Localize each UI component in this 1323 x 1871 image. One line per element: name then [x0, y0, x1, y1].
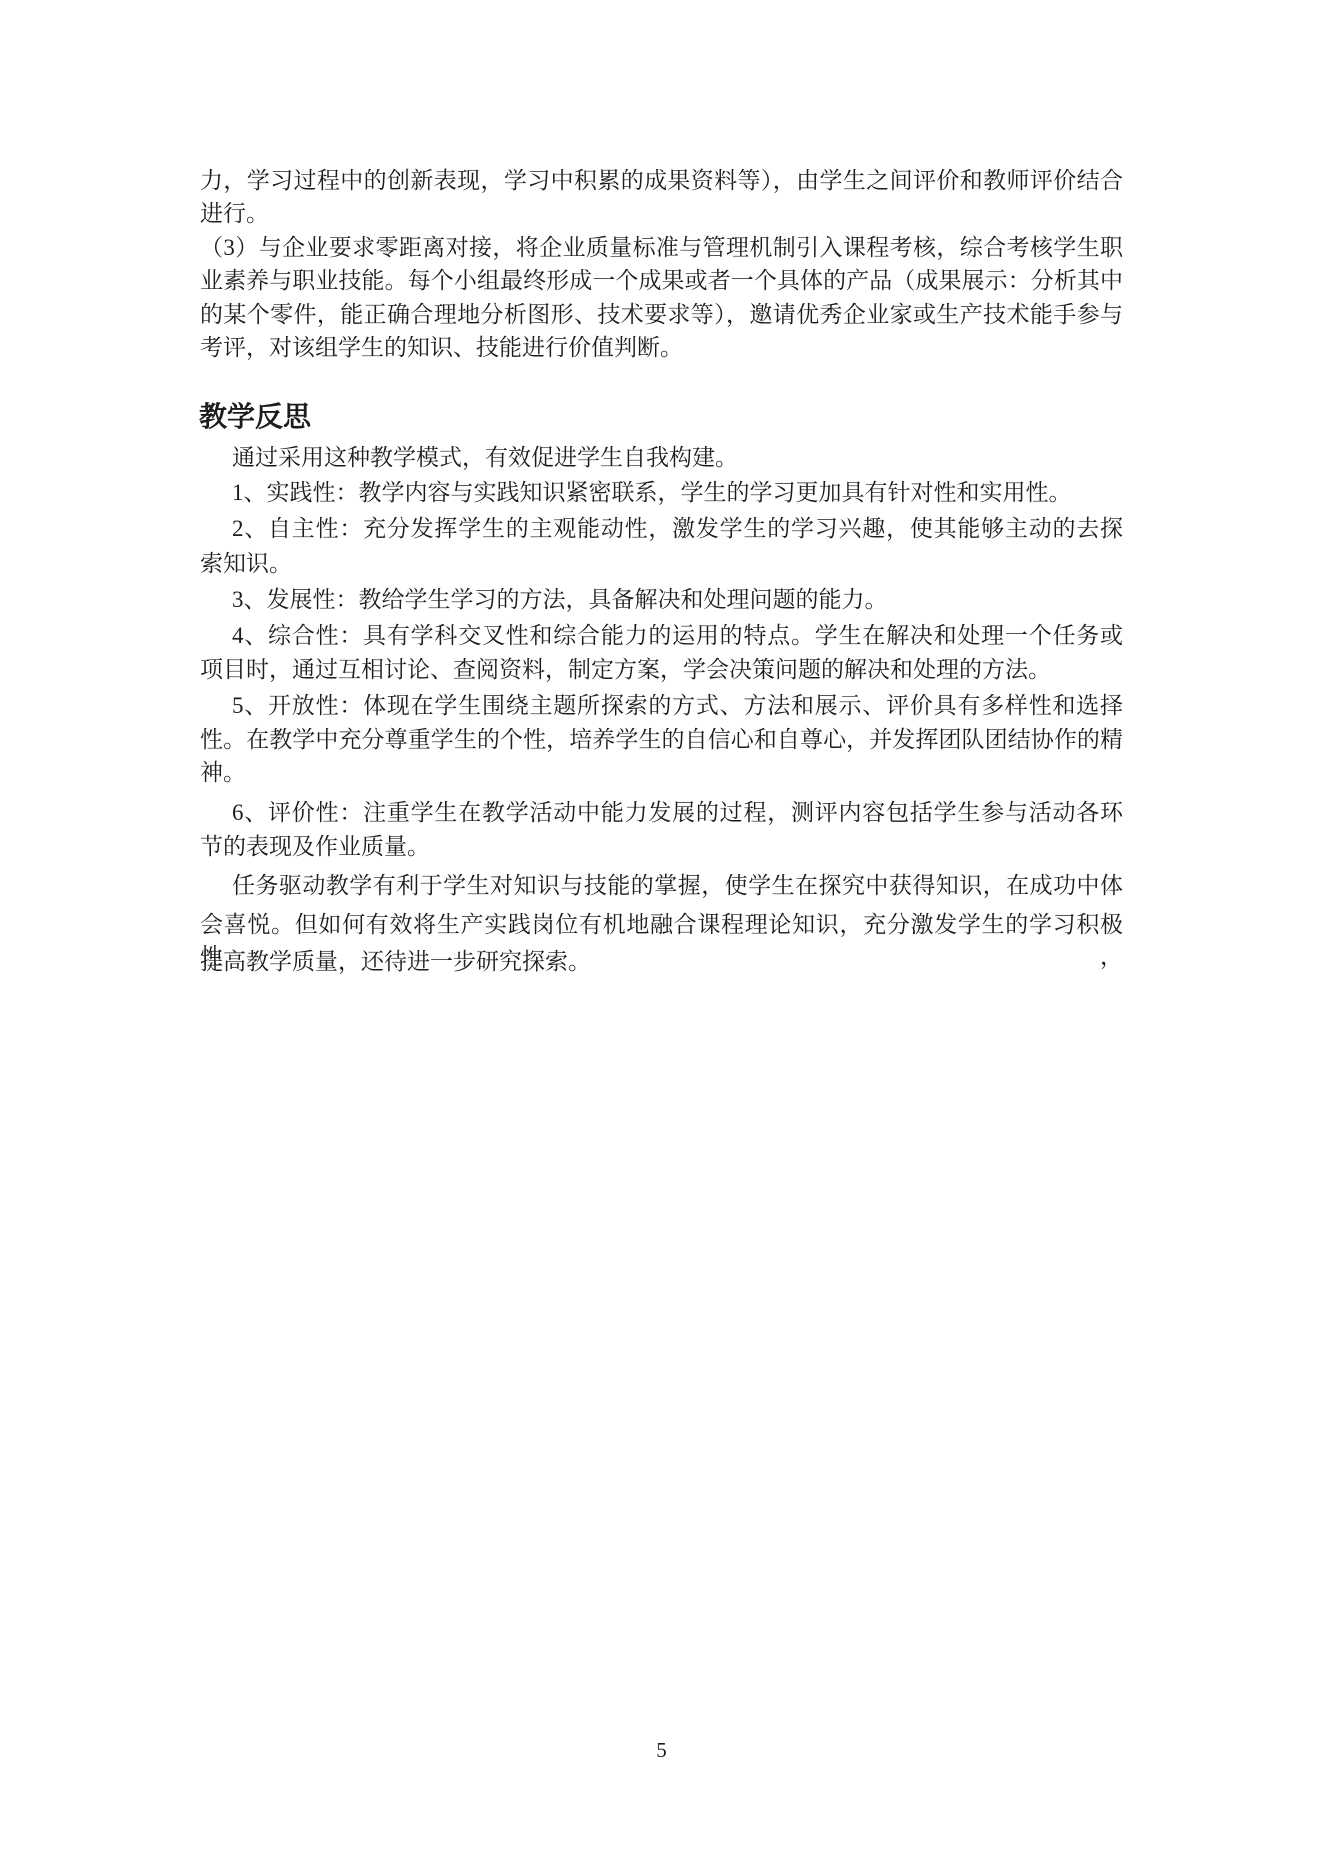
- list-item-line: 1、实践性：教学内容与实践知识紧密联系，学生的学习更加具有针对性和实用性。: [200, 477, 1123, 509]
- list-item-line: 5、开放性：体现在学生围绕主题所探索的方式、方法和展示、评价具有多样性和选择: [200, 690, 1123, 722]
- document-page: 力，学习过程中的创新表现，学习中积累的成果资料等），由学生之间评价和教师评价结合…: [0, 0, 1323, 1871]
- paragraph-line: 性。在教学中充分尊重学生的个性，培养学生的自信心和自尊心，并发挥团队团结协作的精: [200, 724, 1123, 756]
- section-heading: 教学反思: [199, 402, 311, 434]
- paragraph-line: 任务驱动教学有利于学生对知识与技能的掌握，使学生在探究中获得知识，在成功中体: [200, 870, 1123, 902]
- paragraph-line: 的某个零件，能正确合理地分析图形、技术要求等），邀请优秀企业家或生产技术能手参与: [200, 299, 1123, 331]
- page-number: 5: [0, 1738, 1323, 1762]
- paragraph-line: 业素养与职业技能。每个小组最终形成一个成果或者一个具体的产品（成果展示：分析其中: [200, 265, 1123, 297]
- paragraph-line: 项目时，通过互相讨论、查阅资料，制定方案，学会决策问题的解决和处理的方法。: [200, 654, 1123, 686]
- paragraph-line: 力，学习过程中的创新表现，学习中积累的成果资料等），由学生之间评价和教师评价结合: [200, 165, 1123, 197]
- paragraph-line: 提高教学质量，还待进一步研究探索。: [200, 946, 1123, 978]
- paragraph-line: 通过采用这种教学模式，有效促进学生自我构建。: [200, 442, 1123, 474]
- paragraph-line: 节的表现及作业质量。: [200, 831, 1123, 863]
- paragraph-line: 索知识。: [200, 548, 1123, 580]
- paragraph-line: 神。: [200, 757, 1123, 789]
- paragraph-line: （3）与企业要求零距离对接，将企业质量标准与管理机制引入课程考核，综合考核学生职: [200, 232, 1123, 264]
- list-item-line: 6、评价性：注重学生在教学活动中能力发展的过程，测评内容包括学生参与活动各环: [200, 797, 1123, 829]
- list-item-line: 2、自主性：充分发挥学生的主观能动性，激发学生的学习兴趣，使其能够主动的去探: [200, 513, 1123, 545]
- list-item-line: 4、综合性：具有学科交叉性和综合能力的运用的特点。学生在解决和处理一个任务或: [200, 620, 1123, 652]
- paragraph-line: 进行。: [200, 198, 1123, 230]
- paragraph-line: 考评，对该组学生的知识、技能进行价值判断。: [200, 332, 1123, 364]
- list-item-line: 3、发展性：教给学生学习的方法，具备解决和处理问题的能力。: [200, 584, 1123, 616]
